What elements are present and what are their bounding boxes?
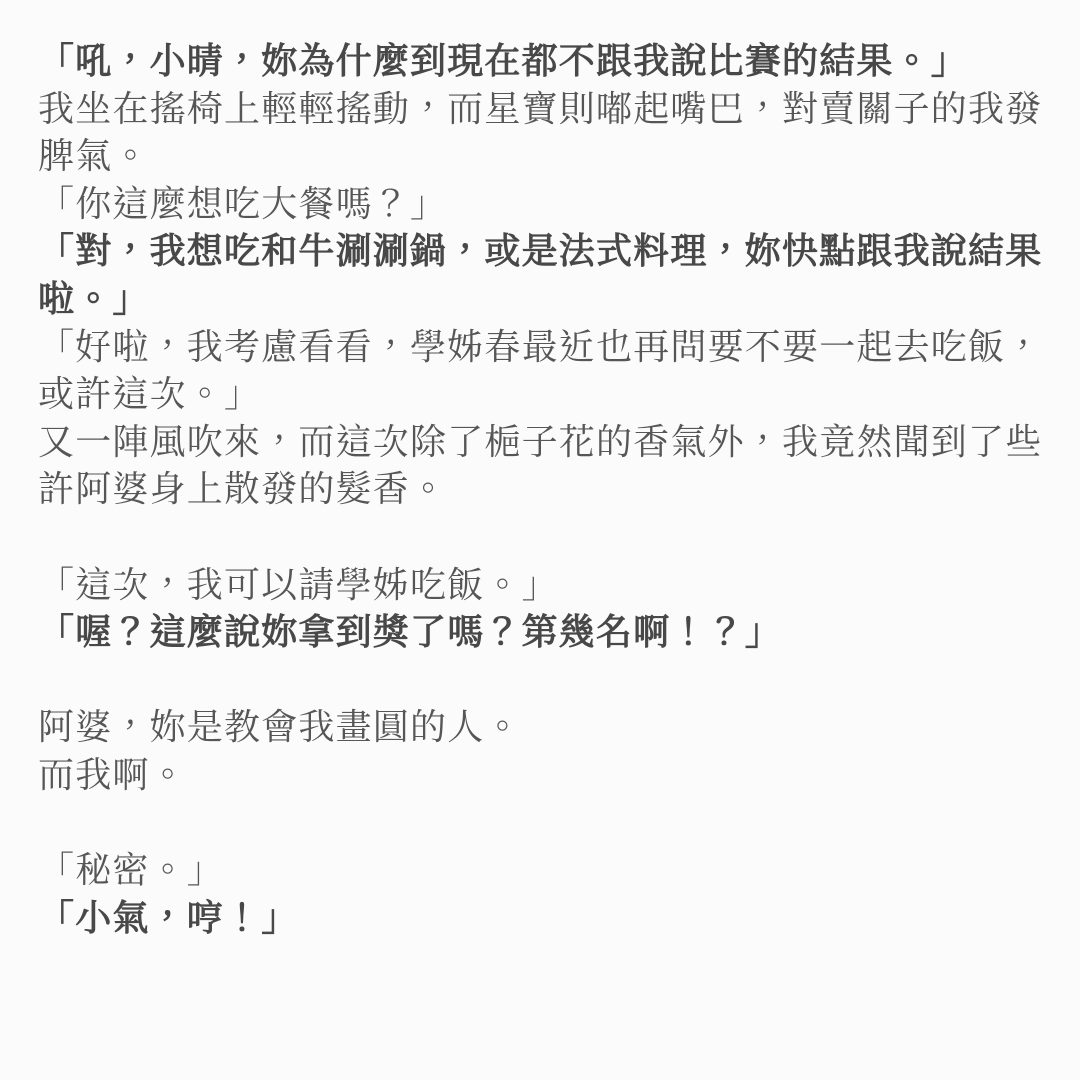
text-line: 「吼，小晴，妳為什麼到現在都不跟我說比賽的結果。」 <box>38 38 1046 86</box>
text-line: 阿婆，妳是教會我畫圓的人。 <box>38 704 1046 752</box>
text-line: 而我啊。 <box>38 752 1046 800</box>
text-line: 「好啦，我考慮看看，學姊春最近也再問要不要一起去吃飯， <box>38 324 1046 372</box>
text-line: 又一陣風吹來，而這次除了梔子花的香氣外，我竟然聞到了些 <box>38 419 1046 467</box>
ebook-page: 「吼，小晴，妳為什麼到現在都不跟我說比賽的結果。」我坐在搖椅上輕輕搖動，而星寶則… <box>0 0 1080 1080</box>
text-line: 「秘密。」 <box>38 847 1046 895</box>
text-line: 啦。」 <box>38 276 1046 324</box>
text-line: 許阿婆身上散發的髮香。 <box>38 466 1046 514</box>
text-line: 「喔？這麼說妳拿到獎了嗎？第幾名啊！？」 <box>38 609 1046 657</box>
text-line: 或許這次。」 <box>38 371 1046 419</box>
text-line: 「這次，我可以請學姊吃飯。」 <box>38 562 1046 610</box>
text-line: 「對，我想吃和牛涮涮鍋，或是法式料理，妳快點跟我說結果 <box>38 228 1046 276</box>
text-line: 脾氣。 <box>38 133 1046 181</box>
text-line: 「你這麼想吃大餐嗎？」 <box>38 181 1046 229</box>
blank-line <box>38 657 1046 705</box>
text-line: 「小氣，哼！」 <box>38 895 1046 943</box>
story-text: 「吼，小晴，妳為什麼到現在都不跟我說比賽的結果。」我坐在搖椅上輕輕搖動，而星寶則… <box>0 0 1080 942</box>
blank-line <box>38 514 1046 562</box>
blank-line <box>38 800 1046 848</box>
text-line: 我坐在搖椅上輕輕搖動，而星寶則嘟起嘴巴，對賣關子的我發 <box>38 86 1046 134</box>
